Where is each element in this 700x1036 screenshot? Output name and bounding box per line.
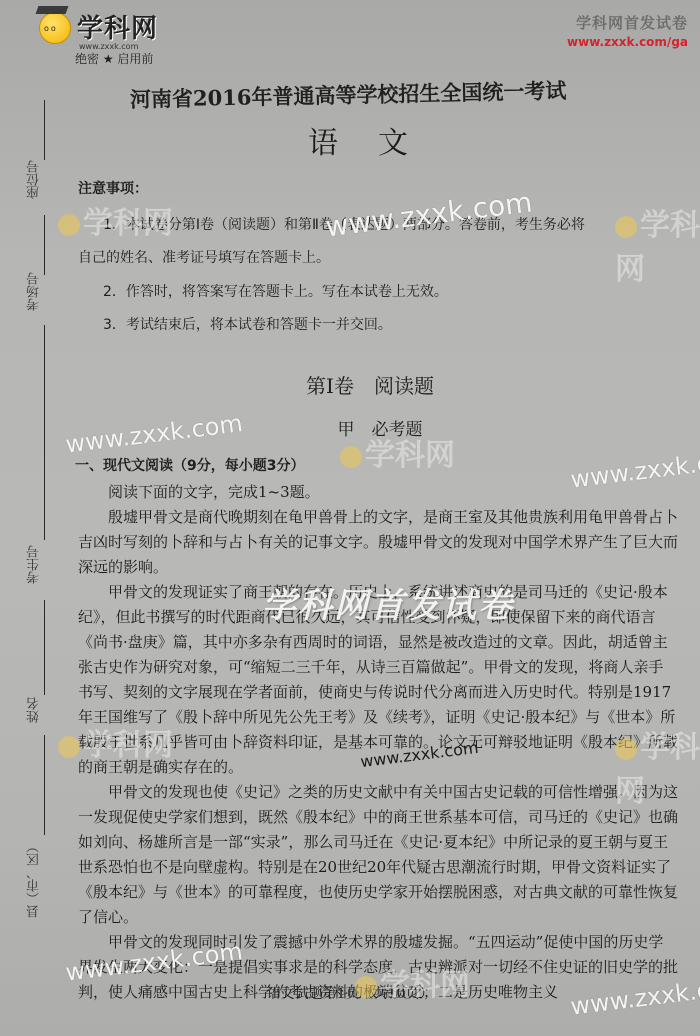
notice-item-2: 2．作答时，将答案写在答题卡上。写在本试卷上无效。 <box>103 281 448 301</box>
zxxk-logo: oo 学科网 www.zxxk.com <box>35 4 185 54</box>
subject-title: 语文 <box>308 118 448 162</box>
name-label: 姓名 <box>25 697 44 723</box>
mascot-icon <box>615 738 637 760</box>
binding-line <box>44 215 45 275</box>
graduation-cap-icon <box>36 6 69 14</box>
notice-item-3: 3．考试结束后，将本试卷和答题卡一并交回。 <box>103 314 392 334</box>
watermark-logo: 学科网 <box>355 960 470 1004</box>
passage-paragraph: 甲骨文的发现也使《史记》之类的历史文献中有关中国古史记载的可信性增强。因为这一发… <box>78 780 678 930</box>
volume-title: 第Ⅰ卷 阅读题 <box>0 370 700 399</box>
notice-item-1-cont: 自己的姓名、准考证号填写在答题卡上。 <box>78 247 330 267</box>
mascot-icon <box>340 446 362 468</box>
notice-heading: 注意事项： <box>78 178 148 198</box>
logo-name: 学科网 <box>77 8 158 45</box>
watermark-banner: 学科网首发试卷 <box>262 578 514 627</box>
county-label: 县（市、区） <box>25 840 44 918</box>
exam-room-label: 考场号 <box>25 272 44 311</box>
watermark-logo: 学科网 <box>615 722 700 810</box>
watermark-logo: 学科网 <box>58 198 173 242</box>
passage-paragraph: 殷墟甲骨文是商代晚期刻在龟甲兽骨上的文字，是商王室及其他贵族利用龟甲兽骨占卜吉凶… <box>78 505 678 580</box>
seat-number-label: 座位号 <box>25 160 44 199</box>
exam-title: 河南省2016年普通高等学校招生全国统一考试 <box>130 75 567 114</box>
binding-line <box>44 735 45 835</box>
brand-url: www.zxxk.com/ga <box>567 35 688 49</box>
mascot-glasses-icon: oo <box>44 24 58 33</box>
binding-line <box>44 600 45 695</box>
binding-line <box>44 100 45 160</box>
watermark-logo: 学科网 <box>615 200 700 288</box>
secrecy-label: 绝密 ★ 启用前 <box>75 50 153 67</box>
mascot-icon <box>58 736 80 758</box>
brand-title: 学科网首发试卷 <box>567 12 688 33</box>
mascot-icon <box>615 216 637 238</box>
candidate-number-label: 考生号 <box>25 545 44 584</box>
mascot-icon <box>355 976 377 998</box>
brand-corner: 学科网首发试卷 www.zxxk.com/ga <box>567 12 688 49</box>
question-heading: 一、现代文阅读（9分，每小题3分） <box>75 455 304 475</box>
watermark-url: www.zxxk.com <box>324 185 534 243</box>
watermark-logo: 学科网 <box>58 720 173 764</box>
mascot-icon <box>58 214 80 236</box>
watermark-logo: 学科网 <box>340 430 455 474</box>
